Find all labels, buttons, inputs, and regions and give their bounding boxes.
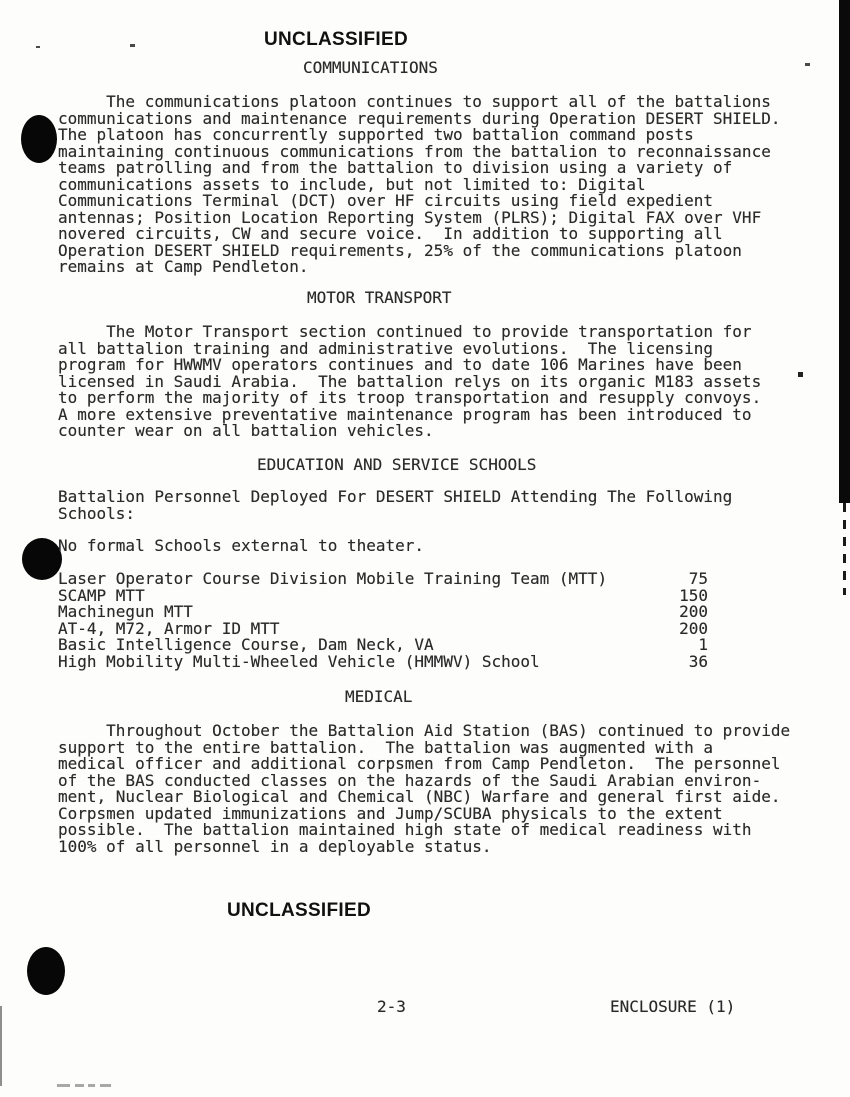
scan-speck <box>130 44 135 47</box>
scan-edge-line <box>0 1006 2 1086</box>
scan-dash-mark <box>88 1084 95 1087</box>
scan-edge-bar <box>839 0 850 503</box>
scan-dash-mark <box>57 1084 70 1087</box>
education-note-text: No formal Schools external to theater. <box>58 538 424 555</box>
section-heading-medical: MEDICAL <box>345 689 412 706</box>
school-row: High Mobility Multi-Wheeled Vehicle (HMM… <box>58 654 708 671</box>
scan-dash-mark <box>100 1084 111 1087</box>
classification-banner-bottom: UNCLASSIFIED <box>227 900 371 922</box>
classification-banner-top: UNCLASSIFIED <box>264 29 408 51</box>
hole-punch-mark <box>27 947 65 995</box>
scan-speck <box>805 63 810 66</box>
school-name: High Mobility Multi-Wheeled Vehicle (HMM… <box>58 654 540 671</box>
enclosure-label: ENCLOSURE (1) <box>610 999 735 1016</box>
paragraph-communications: The communications platoon continues to … <box>58 94 780 276</box>
education-intro-text: Battalion Personnel Deployed For DESERT … <box>58 489 732 522</box>
section-heading-motor-transport: MOTOR TRANSPORT <box>307 290 452 307</box>
section-heading-education: EDUCATION AND SERVICE SCHOOLS <box>257 457 536 474</box>
scan-dash-mark <box>75 1084 84 1087</box>
scan-edge-bar-tail <box>843 503 846 595</box>
page-number: 2-3 <box>377 999 406 1016</box>
hole-punch-mark <box>21 115 57 163</box>
section-heading-communications: COMMUNICATIONS <box>303 60 438 77</box>
paragraph-medical: Throughout October the Battalion Aid Sta… <box>58 723 790 855</box>
scan-speck <box>798 372 803 377</box>
scan-speck <box>36 46 40 48</box>
schools-table: Laser Operator Course Division Mobile Tr… <box>58 571 708 670</box>
paragraph-motor-transport: The Motor Transport section continued to… <box>58 324 761 440</box>
hole-punch-mark <box>22 538 62 580</box>
scanned-document-page: UNCLASSIFIED COMMUNICATIONS The communic… <box>0 0 850 1097</box>
school-attendee-count: 36 <box>689 654 708 671</box>
school-row: Laser Operator Course Division Mobile Tr… <box>58 571 708 588</box>
